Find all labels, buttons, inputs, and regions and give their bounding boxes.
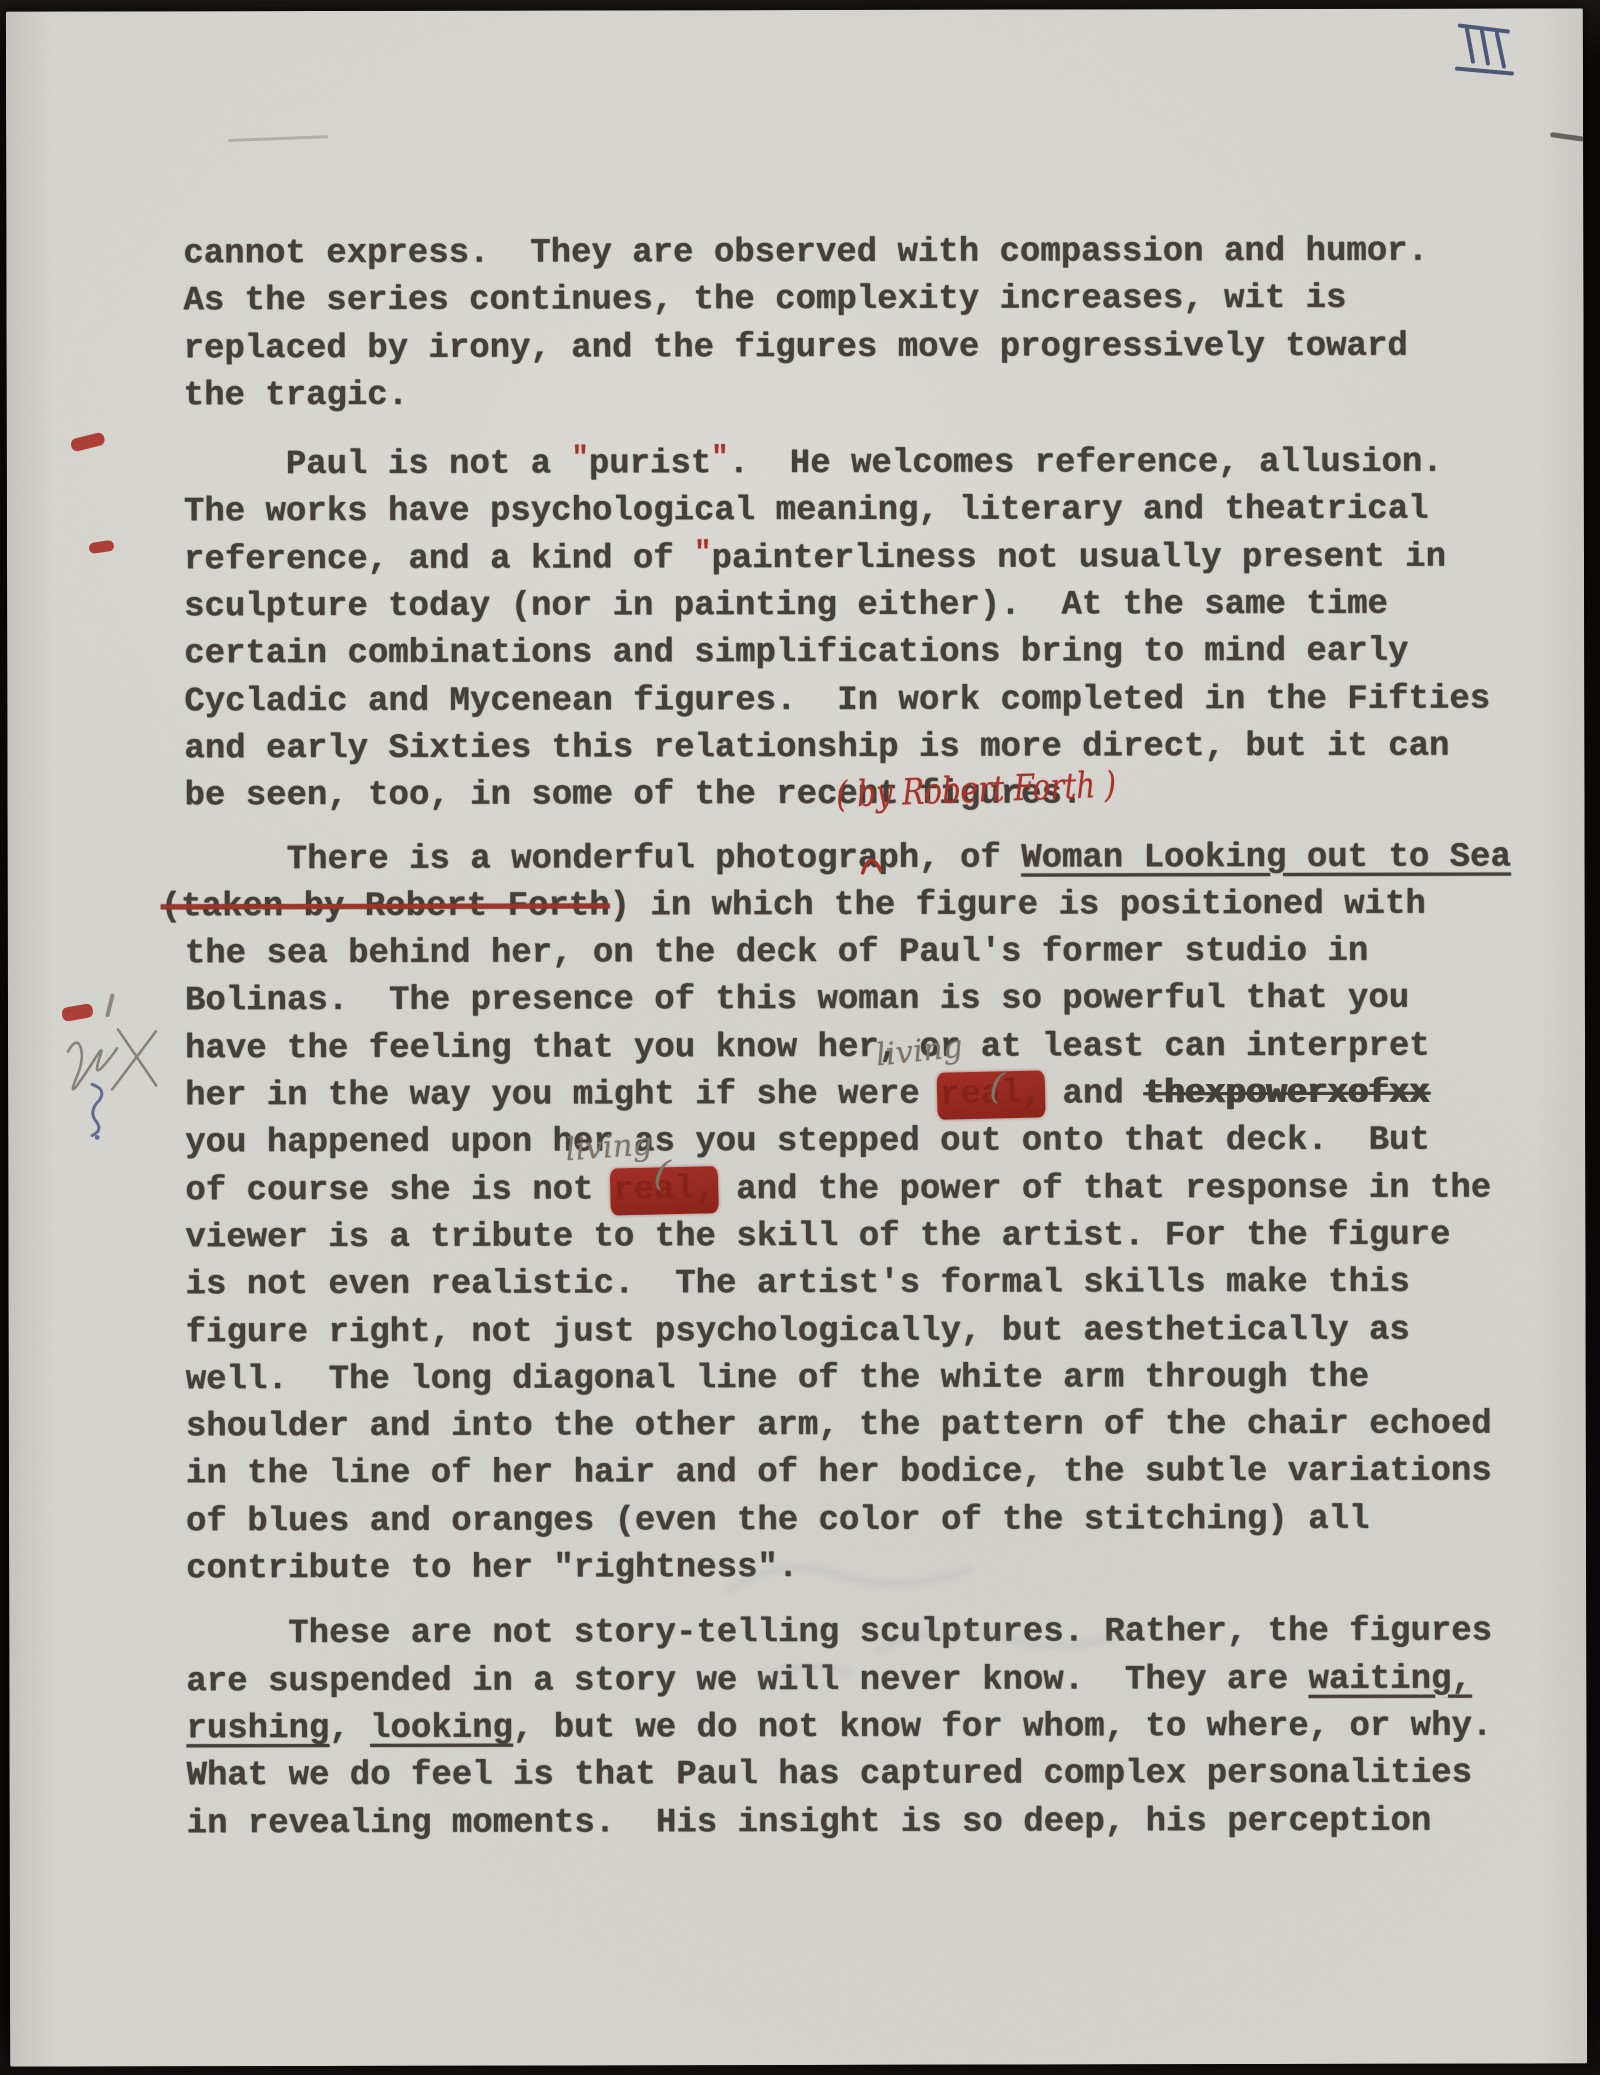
typed-line: What we do feel is that Paul has capture… (186, 1751, 1512, 1801)
text-segment: There is a wonderful photograph, of (185, 839, 1022, 879)
text-segment: figure right, not just psychologically, … (186, 1311, 1410, 1352)
red-dash-1 (70, 432, 106, 453)
text-segment: in the line of her hair and of her bodic… (186, 1453, 1492, 1494)
text-segment: What we do feel is that Paul has capture… (187, 1755, 1472, 1796)
pencil-living-2: living (564, 1126, 653, 1168)
text-segment: in revealing moments. His insight is so … (187, 1802, 1432, 1843)
text-segment: . He welcomes reference, allusion. (729, 444, 1443, 483)
red-quote-mark: " (711, 441, 728, 474)
text-segment: replaced by irony, and the figures move … (184, 327, 1408, 368)
typed-line: of course she is not real, and the power… (185, 1165, 1511, 1215)
text-segment: , (329, 1710, 370, 1748)
typed-line: The works have psychological meaning, li… (184, 487, 1510, 537)
scanned-document-photo: { "page": { "kind": "typed manuscript pa… (0, 0, 1600, 2075)
edge-tick (1550, 132, 1584, 142)
typed-line: viewer is a tribute to the skill of the … (185, 1212, 1511, 1262)
text-segment: As the series continues, the complexity … (183, 280, 1346, 320)
typed-line: her in the way you might if she were rea… (185, 1071, 1511, 1121)
typed-line: in the line of her hair and of her bodic… (186, 1449, 1512, 1499)
text-segment: and the power of that response in the (716, 1169, 1491, 1209)
red-dash-2 (88, 540, 114, 554)
ghost-smudges (699, 1529, 1169, 1715)
paragraph: cannot express. They are observed with c… (183, 229, 1510, 421)
text-segment: The works have psychological meaning, li… (184, 491, 1429, 532)
pencil-tick (105, 993, 115, 1017)
text-segment: Paul is not a (184, 446, 572, 485)
typed-line: sculpture today (nor in painting either)… (184, 582, 1510, 632)
red-quote-mark: " (694, 536, 711, 569)
typed-line: figure right, not just psychologically, … (186, 1307, 1512, 1357)
text-segment: and (1042, 1075, 1144, 1113)
text-segment: the tragic. (184, 377, 409, 415)
text-segment: shoulder and into the other arm, the pat… (186, 1406, 1492, 1447)
typed-line: replaced by irony, and the figures move … (184, 323, 1510, 373)
text-segment: cannot express. They are observed with c… (183, 233, 1428, 274)
paragraph: There is a wonderful photograph, of Woma… (185, 834, 1513, 1594)
typed-line: Cycladic and Mycenean figures. In work c… (184, 676, 1510, 726)
red-quote-mark: " (571, 442, 588, 475)
text-segment: the sea behind her, on the deck of Paul'… (185, 933, 1368, 973)
typed-line: the sea behind her, on the deck of Paul'… (185, 929, 1511, 979)
paper: cannot express. They are observed with c… (6, 8, 1587, 2066)
text-segment: viewer is a tribute to the skill of the … (185, 1217, 1450, 1258)
text-segment: certain combinations and simplifications… (184, 633, 1408, 674)
page-number-iii (1450, 16, 1530, 83)
paragraph: Paul is not a "purist". He welcomes refe… (184, 440, 1511, 821)
typed-line: (taken by Robert Forth) in which the fig… (185, 881, 1511, 931)
typed-line: As the series continues, the complexity … (183, 276, 1509, 326)
red-caret (860, 846, 886, 881)
text-segment: her in the way you might if she were (185, 1076, 940, 1116)
typed-line: you happened upon her as you stepped out… (185, 1118, 1511, 1168)
underlined-text: looking (370, 1710, 513, 1748)
underlined-text: waiting, (1308, 1660, 1471, 1698)
pencil-line (228, 135, 328, 142)
text-segment: Cycladic and Mycenean figures. In work c… (184, 680, 1490, 721)
typed-line: Paul is not a "purist". He welcomes refe… (184, 440, 1510, 490)
text-segment: of course she is not (185, 1171, 614, 1210)
text-segment: painterliness not usually present in (711, 538, 1446, 578)
typed-line: certain combinations and simplifications… (184, 629, 1510, 679)
typed-line: cannot express. They are observed with c… (183, 229, 1509, 279)
typed-line: and early Sixties this relationship is m… (184, 723, 1510, 773)
underlined-text: rushing (186, 1710, 329, 1748)
text-segment: ) in which the figure is positioned with (610, 886, 1426, 926)
text-segment: purist (589, 445, 712, 483)
text-segment: reference, and a kind of (184, 540, 694, 579)
text-segment: Bolinas. The presence of this woman is s… (185, 980, 1409, 1021)
typed-line: well. The long diagonal line of the whit… (186, 1354, 1512, 1404)
underlined-text: Woman Looking out to Sea (1021, 838, 1511, 877)
typed-line: There is a wonderful photograph, of Woma… (185, 834, 1511, 884)
text-segment: sculpture today (nor in painting either)… (184, 586, 1388, 627)
text-segment: have the feeling that you know her, or a… (185, 1027, 1430, 1068)
red-dash-3 (61, 1003, 94, 1022)
typed-line: Bolinas. The presence of this woman is s… (185, 976, 1511, 1026)
typed-line: have the feeling that you know her, or a… (185, 1023, 1511, 1073)
typed-line: is not even realistic. The artist's form… (185, 1260, 1511, 1310)
typed-line: reference, and a kind of "painterliness … (184, 534, 1510, 584)
text-segment: and early Sixties this relationship is m… (184, 728, 1449, 769)
text-segment: you happened upon her as you stepped out… (185, 1122, 1430, 1163)
typed-line: the tragic. (184, 370, 1510, 420)
typed-over-text: thexpowerxofxx (1144, 1075, 1430, 1114)
typed-line: in revealing moments. His insight is so … (187, 1798, 1513, 1848)
text-segment: is not even realistic. The artist's form… (185, 1264, 1409, 1305)
red-struck-text: (taken by Robert Forth (161, 887, 610, 926)
typed-line: shoulder and into the other arm, the pat… (186, 1402, 1512, 1452)
blue-squiggle (70, 1079, 120, 1146)
text-segment: well. The long diagonal line of the whit… (186, 1359, 1369, 1399)
